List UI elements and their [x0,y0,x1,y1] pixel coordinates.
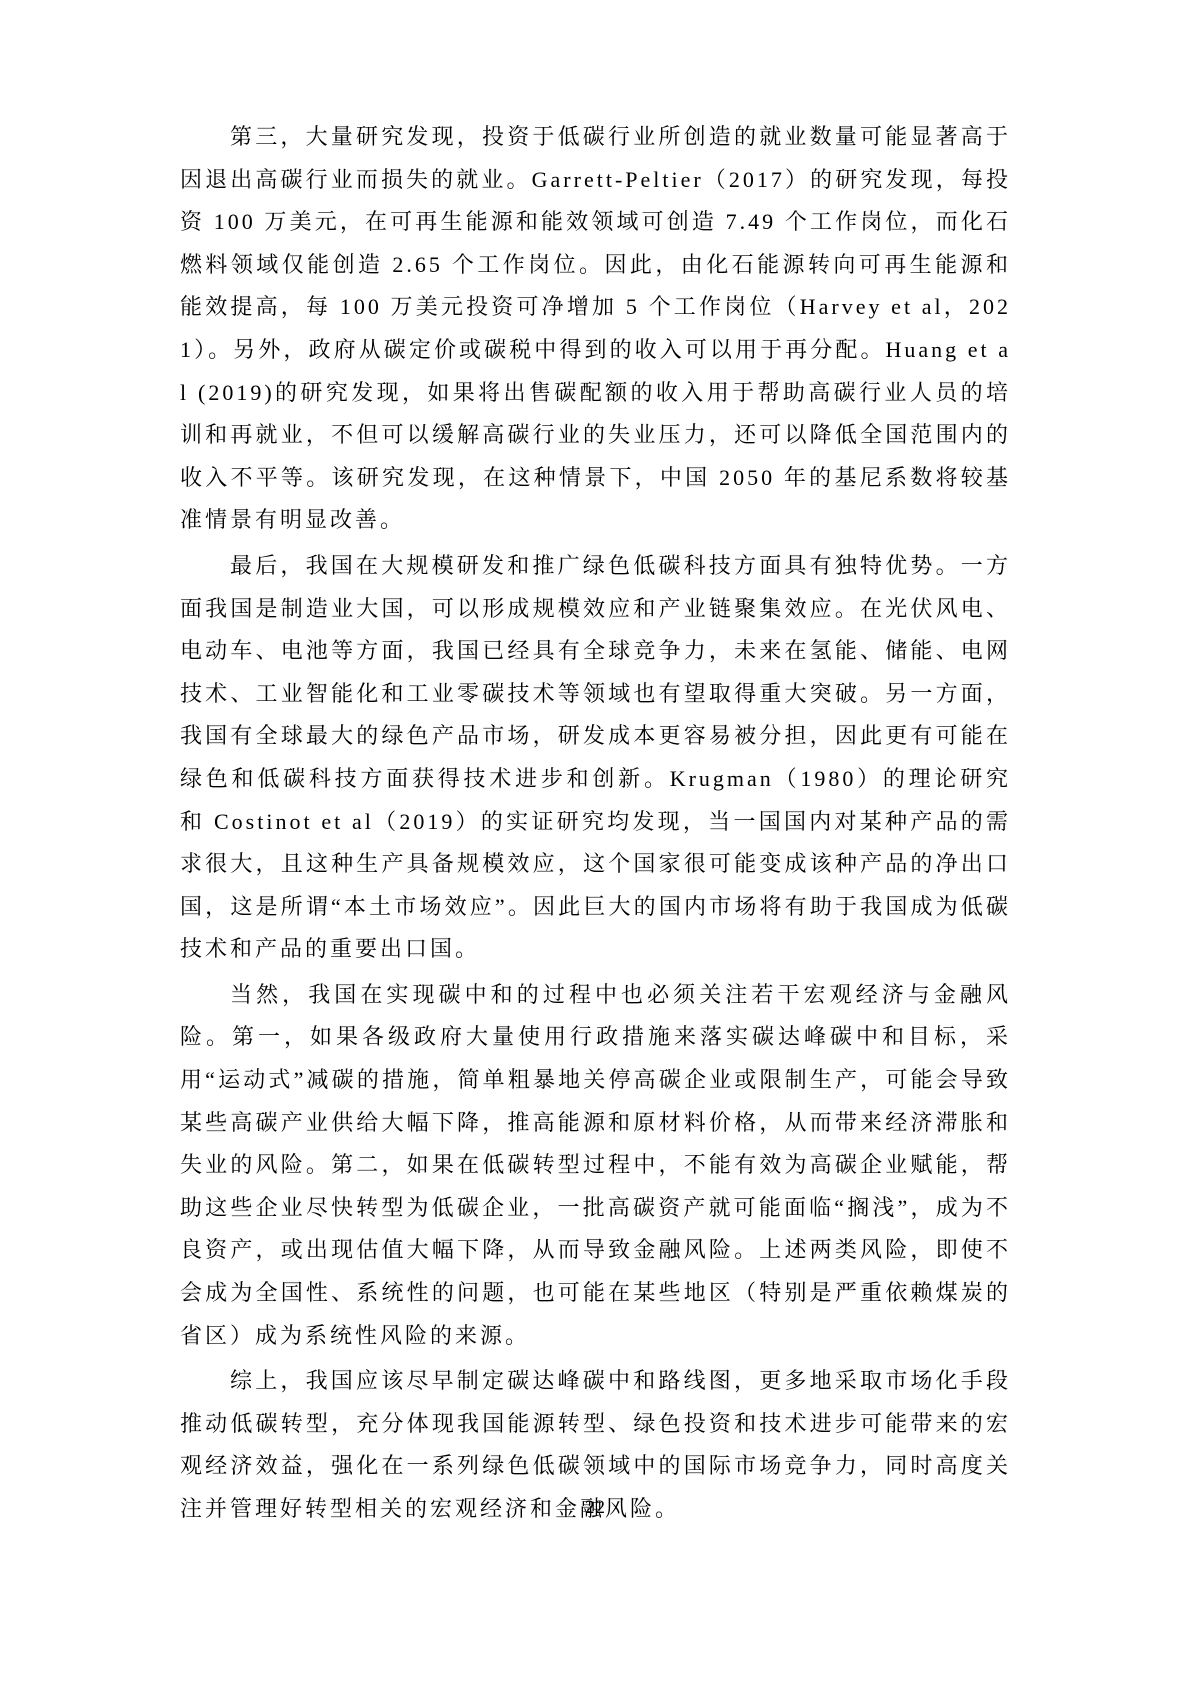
page-number: 22 [585,1497,606,1518]
paragraph-green-tech-advantage: 最后，我国在大规模研发和推广绿色低碳科技方面具有独特优势。一方面我国是制造业大国… [180,545,1011,971]
page-footer: 22 [0,1497,1191,1519]
document-page: 第三，大量研究发现，投资于低碳行业所创造的就业数量可能显著高于因退出高碳行业而损… [0,0,1191,1684]
paragraph-macro-financial-risks: 当然，我国在实现碳中和的过程中也必须关注若干宏观经济与金融风险。第一，如果各级政… [180,974,1011,1357]
paragraph-employment-effects: 第三，大量研究发现，投资于低碳行业所创造的就业数量可能显著高于因退出高碳行业而损… [180,116,1011,542]
document-body: 第三，大量研究发现，投资于低碳行业所创造的就业数量可能显著高于因退出高碳行业而损… [180,116,1011,1534]
